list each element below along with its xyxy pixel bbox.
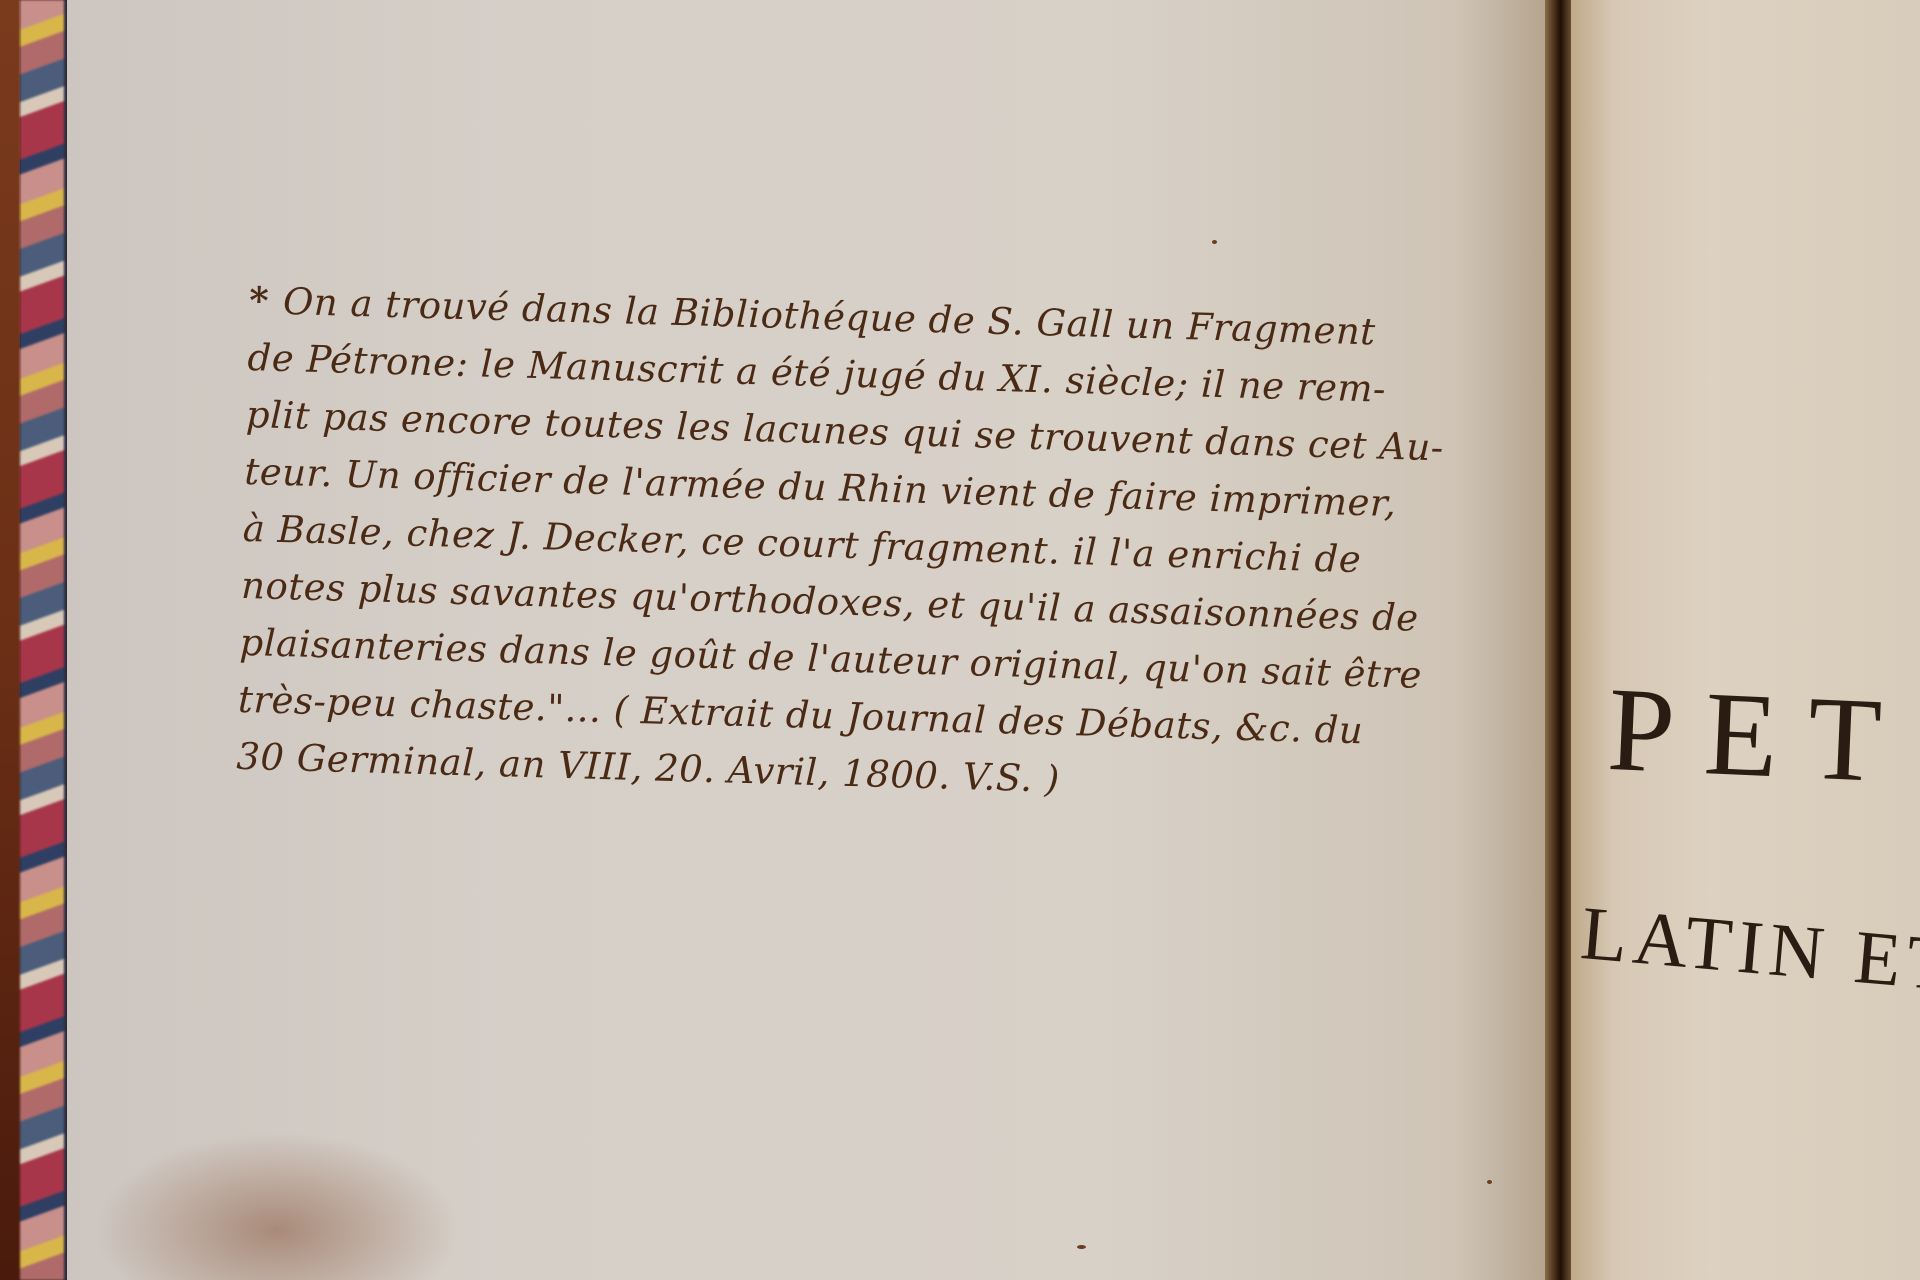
book-binding [0,0,20,1280]
right-page: PET LATIN ET [1571,0,1920,1280]
printed-subtitle: LATIN ET [1577,890,1920,1010]
handwritten-note: *On a trouvé dans la Bibliothéque de S. … [236,272,1520,820]
paper-speck [1212,240,1217,244]
asterisk-marker: * [249,278,270,323]
paper-speck [1077,1245,1086,1249]
book-gutter [1545,0,1571,1280]
marbled-endpaper-edge [20,0,67,1280]
printed-title: PET [1605,660,1914,811]
paper-speck [1487,1180,1492,1184]
